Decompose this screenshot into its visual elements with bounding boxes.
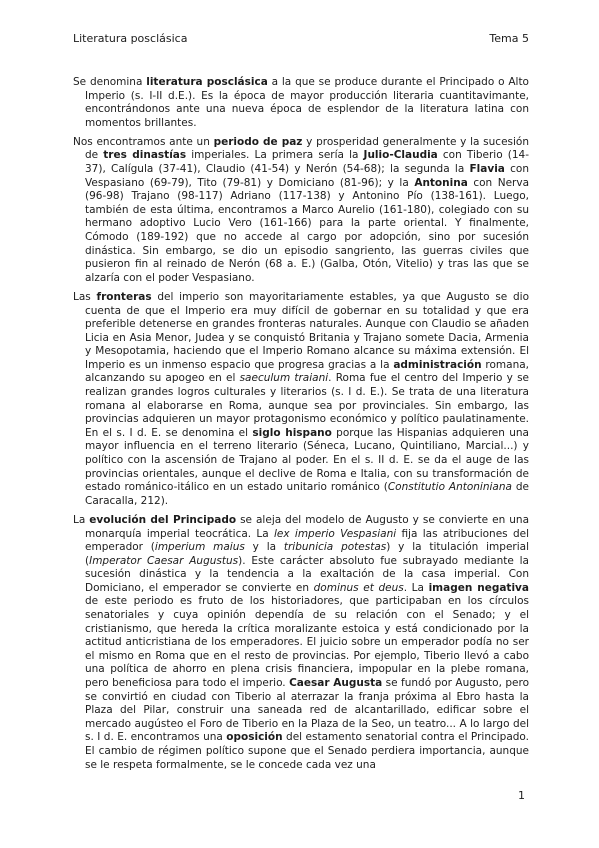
text-run: fronteras [97, 291, 152, 303]
paragraph: La evolución del Principado se aleja del… [73, 514, 529, 772]
text-run: y la [245, 541, 284, 553]
text-run: tres dinastías [103, 149, 186, 161]
document-body: Se denomina literatura posclásica a la q… [73, 76, 529, 778]
text-run: . La [404, 582, 429, 594]
text-run: Constitutio Antoniniana [388, 481, 512, 493]
text-run: evolución del Principado [89, 514, 236, 526]
text-run: administración [393, 359, 481, 371]
text-run: Se denomina [73, 76, 146, 88]
text-run: saeculum traiani [240, 372, 329, 384]
text-run: Las [73, 291, 97, 303]
page-number: 1 [518, 789, 525, 802]
text-run: La [73, 514, 89, 526]
header-topic-label: Tema 5 [489, 32, 529, 45]
text-run: lex imperio Vespasiani [274, 528, 396, 540]
text-run: Julio-Claudia [364, 149, 438, 161]
text-run: Antonina [414, 177, 467, 189]
text-run: Flavia [470, 163, 505, 175]
text-run: con Nerva (96-98) Trajano (98-117) Adria… [85, 177, 529, 284]
page-header: Literatura posclásica Tema 5 [73, 32, 529, 45]
text-run: Imperator Caesar Augustus [89, 555, 238, 567]
text-run: imperium maius [155, 541, 245, 553]
text-run: literatura posclásica [146, 76, 268, 88]
text-run: periodo de paz [214, 136, 303, 148]
text-run: tribunicia potestas [284, 541, 386, 553]
text-run: imagen negativa [429, 582, 529, 594]
text-run: de este periodo es fruto de los historia… [85, 595, 529, 689]
text-run: oposición [226, 731, 282, 743]
text-run: dominus et deus [314, 582, 404, 594]
text-run: imperiales. La primera sería la [186, 149, 363, 161]
text-run: Caesar Augusta [289, 677, 382, 689]
text-run: Nos encontramos ante un [73, 136, 214, 148]
paragraph: Las fronteras del imperio son mayoritari… [73, 291, 529, 509]
text-run: siglo hispano [252, 427, 331, 439]
header-course-title: Literatura posclásica [73, 32, 187, 45]
paragraph: Se denomina literatura posclásica a la q… [73, 76, 529, 130]
document-page: Literatura posclásica Tema 5 Se denomina… [0, 0, 599, 848]
paragraph: Nos encontramos ante un periodo de paz y… [73, 136, 529, 286]
